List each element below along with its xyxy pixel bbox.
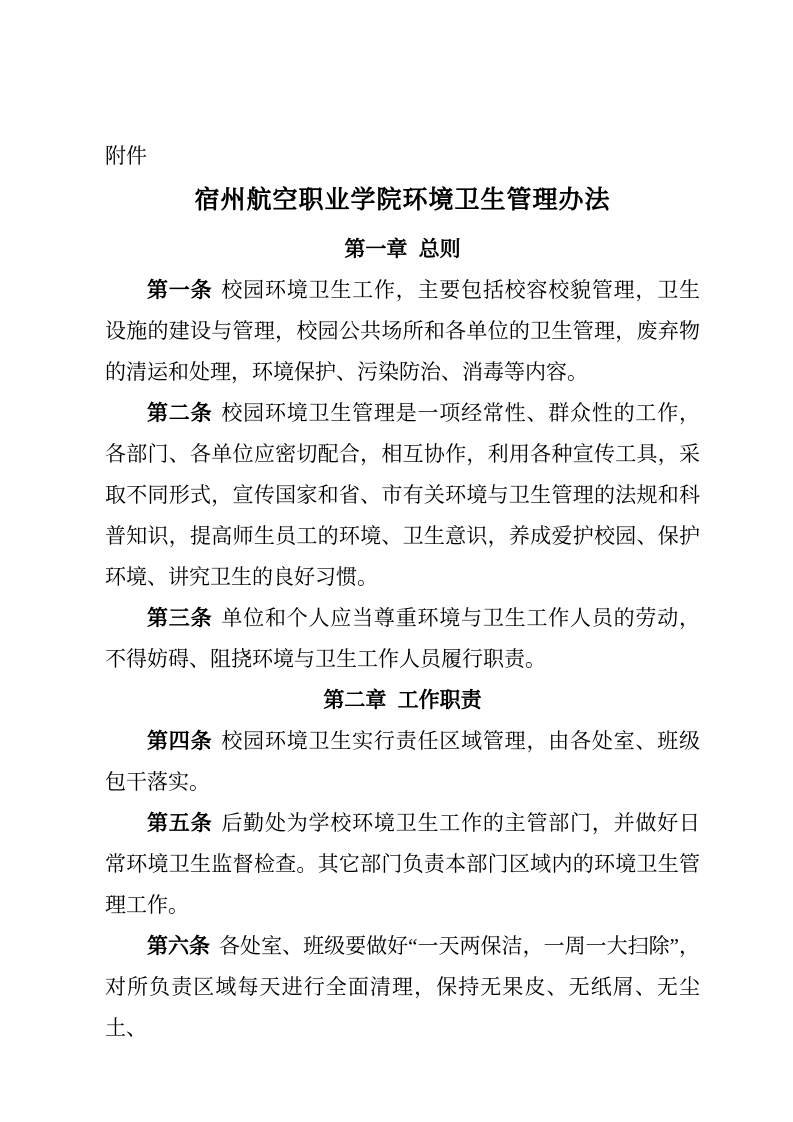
article-6-number: 第六条 (147, 934, 210, 958)
article-4-paragraph: 第四条校园环境卫生实行责任区域管理，由各处室、班级包干落实。 (105, 721, 700, 803)
document-page: 附件 宿州航空职业学院环境卫生管理办法 第一章 总则 第一条校园环境卫生工作，主… (0, 0, 793, 1122)
attachment-label: 附件 (105, 143, 700, 169)
article-2-number: 第二条 (147, 401, 212, 425)
document-title: 宿州航空职业学院环境卫生管理办法 (105, 185, 700, 217)
chapter-1-heading: 第一章 总则 (105, 229, 700, 270)
chapter-2-heading: 第二章 工作职责 (105, 680, 700, 721)
article-5-paragraph: 第五条后勤处为学校环境卫生工作的主管部门，并做好日常环境卫生监督检查。其它部门负… (105, 803, 700, 926)
article-3-number: 第三条 (147, 606, 212, 630)
article-3-paragraph: 第三条单位和个人应当尊重环境与卫生工作人员的劳动，不得妨碍、阻挠环境与卫生工作人… (105, 598, 700, 680)
article-2-paragraph: 第二条校园环境卫生管理是一项经常性、群众性的工作，各部门、各单位应密切配合，相互… (105, 393, 700, 598)
article-2-text: 校园环境卫生管理是一项经常性、群众性的工作，各部门、各单位应密切配合，相互协作，… (105, 401, 700, 589)
article-6-paragraph: 第六条各处室、班级要做好“一天两保洁，一周一大扫除”，对所负责区域每天进行全面清… (105, 926, 700, 1049)
article-1-number: 第一条 (147, 278, 212, 302)
article-4-number: 第四条 (147, 729, 212, 753)
article-5-number: 第五条 (147, 811, 212, 835)
article-1-paragraph: 第一条校园环境卫生工作，主要包括校容校貌管理，卫生设施的建设与管理，校园公共场所… (105, 270, 700, 393)
